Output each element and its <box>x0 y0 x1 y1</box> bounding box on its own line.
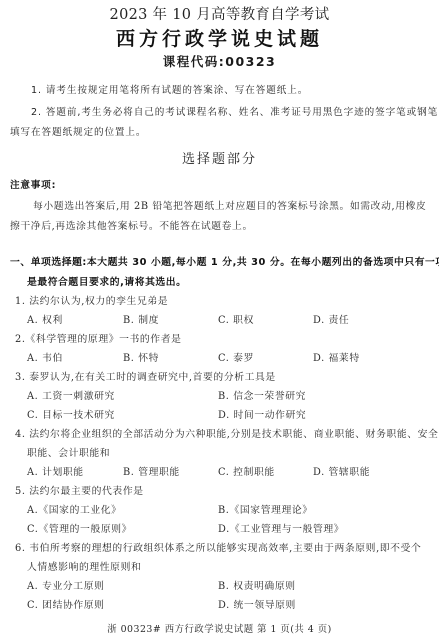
option-b: B.《国家管理理论》 <box>218 502 313 516</box>
option-d: D.《工业管理与一般管理》 <box>218 521 344 535</box>
question-stem-cont: 职能、会计职能和 <box>27 445 110 459</box>
option-d: D. 责任 <box>313 312 349 326</box>
course-code: 课程代码:00323 <box>0 52 439 70</box>
option-b: B. 权责明确原则 <box>218 578 296 592</box>
option-c: C. 控制职能 <box>218 464 275 478</box>
option-d: D. 时间一动作研究 <box>218 407 306 421</box>
option-b: B. 制度 <box>123 312 159 326</box>
instruction-2: 2. 答题前,考生务必将自己的考试课程名称、姓名、准考证号用黑色字迹的签字笔或钢… <box>31 104 438 118</box>
option-c: C.《管理的一般原则》 <box>27 521 132 535</box>
option-b: B. 怀特 <box>123 350 159 364</box>
page-footer: 浙 00323# 西方行政学说史试题 第 1 页(共 4 页) <box>0 621 439 635</box>
part-one-heading-cont: 是最符合题目要求的,请将其选出。 <box>27 274 186 288</box>
notes-title: 注意事项: <box>10 177 56 191</box>
option-c: C. 目标一技术研究 <box>27 407 115 421</box>
option-d: D. 福莱特 <box>313 350 360 364</box>
section-title: 选择题部分 <box>0 148 439 167</box>
option-d: D. 统一领导原则 <box>218 597 296 611</box>
option-a: A. 专业分工原则 <box>27 578 104 592</box>
option-c: C. 团结协作原则 <box>27 597 105 611</box>
option-b: B. 管理职能 <box>123 464 180 478</box>
question-stem: 6. 韦伯所考察的理想的行政组织体系之所以能够实现高效率,主要由于两条原则,即不… <box>15 540 421 554</box>
option-d: D. 管辖职能 <box>313 464 370 478</box>
option-b: B. 信念一荣誉研究 <box>218 388 306 402</box>
question-stem: 1. 法约尔认为,权力的孪生兄弟是 <box>15 293 168 307</box>
question-stem-cont: 人情感影响的理性原则和 <box>27 559 141 573</box>
instruction-1: 1. 请考生按规定用笔将所有试题的答案涂、写在答题纸上。 <box>31 82 308 96</box>
part-one-heading: 一、单项选择题:本大题共 30 小题,每小题 1 分,共 30 分。在每小题列出… <box>10 254 439 268</box>
exam-page: 2023 年 10 月高等教育自学考试 西方行政学说史试题 课程代码:00323… <box>0 0 439 640</box>
question-stem: 2.《科学管理的原理》一书的作者是 <box>15 331 182 345</box>
option-a: A. 工资一刺激研究 <box>27 388 115 402</box>
option-a: A. 韦伯 <box>27 350 63 364</box>
instruction-2-cont: 填写在答题纸规定的位置上。 <box>10 124 146 138</box>
question-stem: 5. 法约尔最主要的代表作是 <box>15 483 144 497</box>
option-a: A. 计划职能 <box>27 464 84 478</box>
question-stem: 4. 法约尔将企业组织的全部活动分为六种职能,分别是技术职能、商业职能、财务职能… <box>15 426 438 440</box>
exam-session-line: 2023 年 10 月高等教育自学考试 <box>0 3 439 24</box>
option-a: A. 权利 <box>27 312 63 326</box>
option-c: C. 泰罗 <box>218 350 254 364</box>
notes-line-2: 擦干净后,再选涂其他答案标号。不能答在试题卷上。 <box>10 218 253 232</box>
notes-line-1: 每小题选出答案后,用 2B 铅笔把答题纸上对应题目的答案标号涂黑。如需改动,用橡… <box>33 198 426 212</box>
option-a: A.《国家的工业化》 <box>27 502 122 516</box>
question-stem: 3. 泰罗认为,在有关工时的调查研究中,首要的分析工具是 <box>15 369 276 383</box>
option-c: C. 职权 <box>218 312 254 326</box>
exam-title: 西方行政学说史试题 <box>0 24 439 51</box>
